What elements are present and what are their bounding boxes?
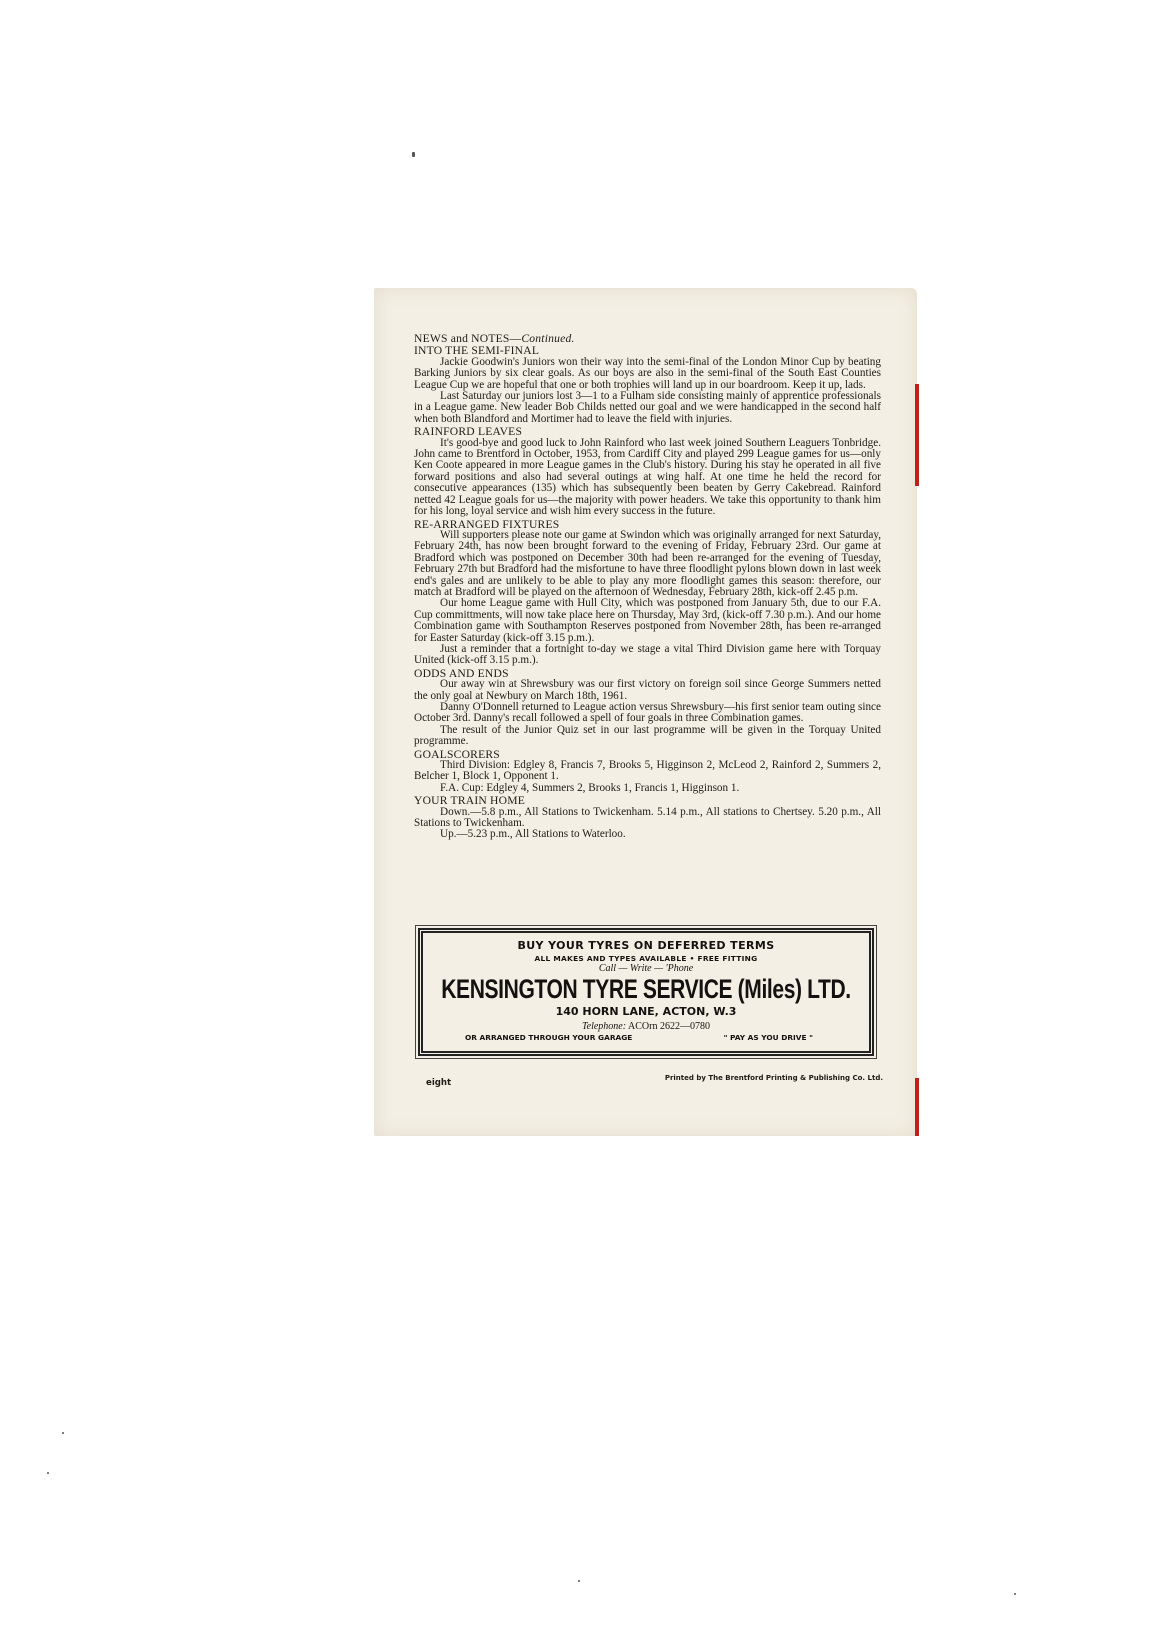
paragraph: Third Division: Edgley 8, Francis 7, Bro…: [414, 760, 881, 783]
section-odds-and-ends: ODDS AND ENDS Our away win at Shrewsbury…: [414, 668, 881, 748]
paragraph: Danny O'Donnell returned to League actio…: [414, 702, 881, 725]
tyre-advert: BUY YOUR TYRES ON DEFERRED TERMS ALL MAK…: [418, 928, 874, 1056]
page-title: NEWS and NOTES—Continued.: [414, 333, 881, 344]
telephone-label: Telephone:: [582, 1021, 626, 1032]
advert-company-name: KENSINGTON TYRE SERVICE (Miles) LTD.: [425, 974, 866, 1004]
paragraph: Will supporters please note our game at …: [414, 530, 881, 598]
section-train-home: YOUR TRAIN HOME Down.—5.8 p.m., All Stat…: [414, 795, 881, 841]
title-text: NEWS and NOTES—: [414, 332, 521, 345]
advert-garage-note: OR ARRANGED THROUGH YOUR GARAGE: [465, 1033, 632, 1042]
paragraph: Last Saturday our juniors lost 3—1 to a …: [414, 391, 881, 425]
advert-slogan: " PAY AS YOU DRIVE ": [724, 1033, 813, 1042]
paragraph: Up.—5.23 p.m., All Stations to Waterloo.: [414, 829, 881, 840]
paragraph: Down.—5.8 p.m., All Stations to Twickenh…: [414, 807, 881, 830]
dust-speck: [1014, 1593, 1016, 1595]
printer-credit: Printed by The Brentford Printing & Publ…: [665, 1074, 883, 1082]
advert-headline: BUY YOUR TYRES ON DEFERRED TERMS: [423, 939, 869, 952]
dust-speck: [47, 1472, 49, 1474]
red-edge-strip-top: [915, 384, 919, 486]
section-heading: RAINFORD LEAVES: [414, 426, 881, 437]
section-rainford-leaves: RAINFORD LEAVES It's good-bye and good l…: [414, 426, 881, 517]
section-rearranged-fixtures: RE-ARRANGED FIXTURES Will supporters ple…: [414, 519, 881, 667]
advert-contact-methods: Call — Write — 'Phone: [423, 963, 869, 974]
advert-address: 140 HORN LANE, ACTON, W.3: [423, 1005, 869, 1018]
advert-bottom-line: OR ARRANGED THROUGH YOUR GARAGE " PAY AS…: [423, 1033, 869, 1042]
section-semi-final: INTO THE SEMI-FINAL Jackie Goodwin's Jun…: [414, 345, 881, 425]
paragraph: Our home League game with Hull City, whi…: [414, 598, 881, 644]
telephone-number: ACOrn 2622—0780: [628, 1021, 710, 1032]
advert-telephone: Telephone: ACOrn 2622—0780: [423, 1021, 869, 1032]
dust-speck: [62, 1432, 64, 1434]
paragraph: The result of the Junior Quiz set in our…: [414, 725, 881, 748]
paragraph: Jackie Goodwin's Juniors won their way i…: [414, 357, 881, 391]
dust-speck: [412, 152, 415, 157]
news-and-notes: NEWS and NOTES—Continued. INTO THE SEMI-…: [414, 332, 881, 841]
section-heading: YOUR TRAIN HOME: [414, 795, 881, 806]
paragraph: Our away win at Shrewsbury was our first…: [414, 679, 881, 702]
programme-page: NEWS and NOTES—Continued. INTO THE SEMI-…: [374, 288, 917, 1136]
page-number: eight: [426, 1078, 451, 1088]
section-goalscorers: GOALSCORERS Third Division: Edgley 8, Fr…: [414, 749, 881, 795]
advert-subline: ALL MAKES AND TYPES AVAILABLE • FREE FIT…: [423, 954, 869, 963]
continued-label: Continued.: [521, 332, 574, 345]
paragraph: Just a reminder that a fortnight to-day …: [414, 644, 881, 667]
paragraph: F.A. Cup: Edgley 4, Summers 2, Brooks 1,…: [414, 783, 881, 794]
red-edge-strip-bottom: [915, 1078, 919, 1136]
paragraph: It's good-bye and good luck to John Rain…: [414, 438, 881, 518]
dust-speck: [578, 1580, 580, 1582]
